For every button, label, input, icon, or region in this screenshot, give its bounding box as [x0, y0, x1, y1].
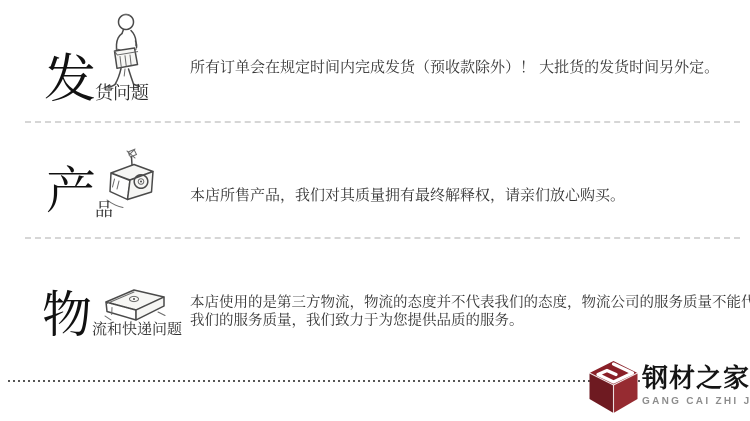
section-product-big-char: 产	[46, 166, 96, 216]
person-carrying-box-icon	[99, 13, 151, 89]
section-shipping-text: 所有订单会在规定时间内完成发货（预收款除外）！ 大批货的发货时间另外定。	[190, 59, 719, 77]
store-logo: 钢材之家 GANG CAI ZHI JIA	[640, 363, 750, 409]
store-policy-panel: 发 货问题 所有订单会在规定时间内完成发货（预收款除外）！ 大批货的发货时间另外…	[0, 0, 750, 421]
section-logistics-big-char: 物	[42, 290, 92, 340]
section-shipping-label: 货问题	[95, 84, 149, 102]
store-logo-chinese-name: 钢材之家	[642, 365, 750, 392]
section-logistics-text-line1: 本店使用的是第三方物流，物流的态度并不代表我们的态度，物流公司的服务质量不能代表	[190, 294, 750, 312]
dashed-divider	[25, 121, 740, 123]
section-product-text: 本店所售产品，我们对其质量拥有最终解释权，请亲们放心购买。	[190, 187, 625, 205]
store-logo-pinyin-name: GANG CAI ZHI JIA	[642, 396, 750, 407]
section-shipping-big-char: 发	[44, 54, 96, 106]
section-product-label: 品	[95, 201, 113, 219]
steel-cube-logo-icon	[589, 361, 638, 414]
section-logistics-text-line2: 我们的服务质量，我们致力于为您提供品质的服务。	[190, 312, 750, 330]
dashed-divider	[25, 237, 740, 239]
section-logistics-label: 流和快递问题	[92, 322, 182, 337]
dotted-divider	[8, 380, 750, 382]
section-logistics-text: 本店使用的是第三方物流，物流的态度并不代表我们的态度，物流公司的服务质量不能代表…	[190, 294, 750, 330]
